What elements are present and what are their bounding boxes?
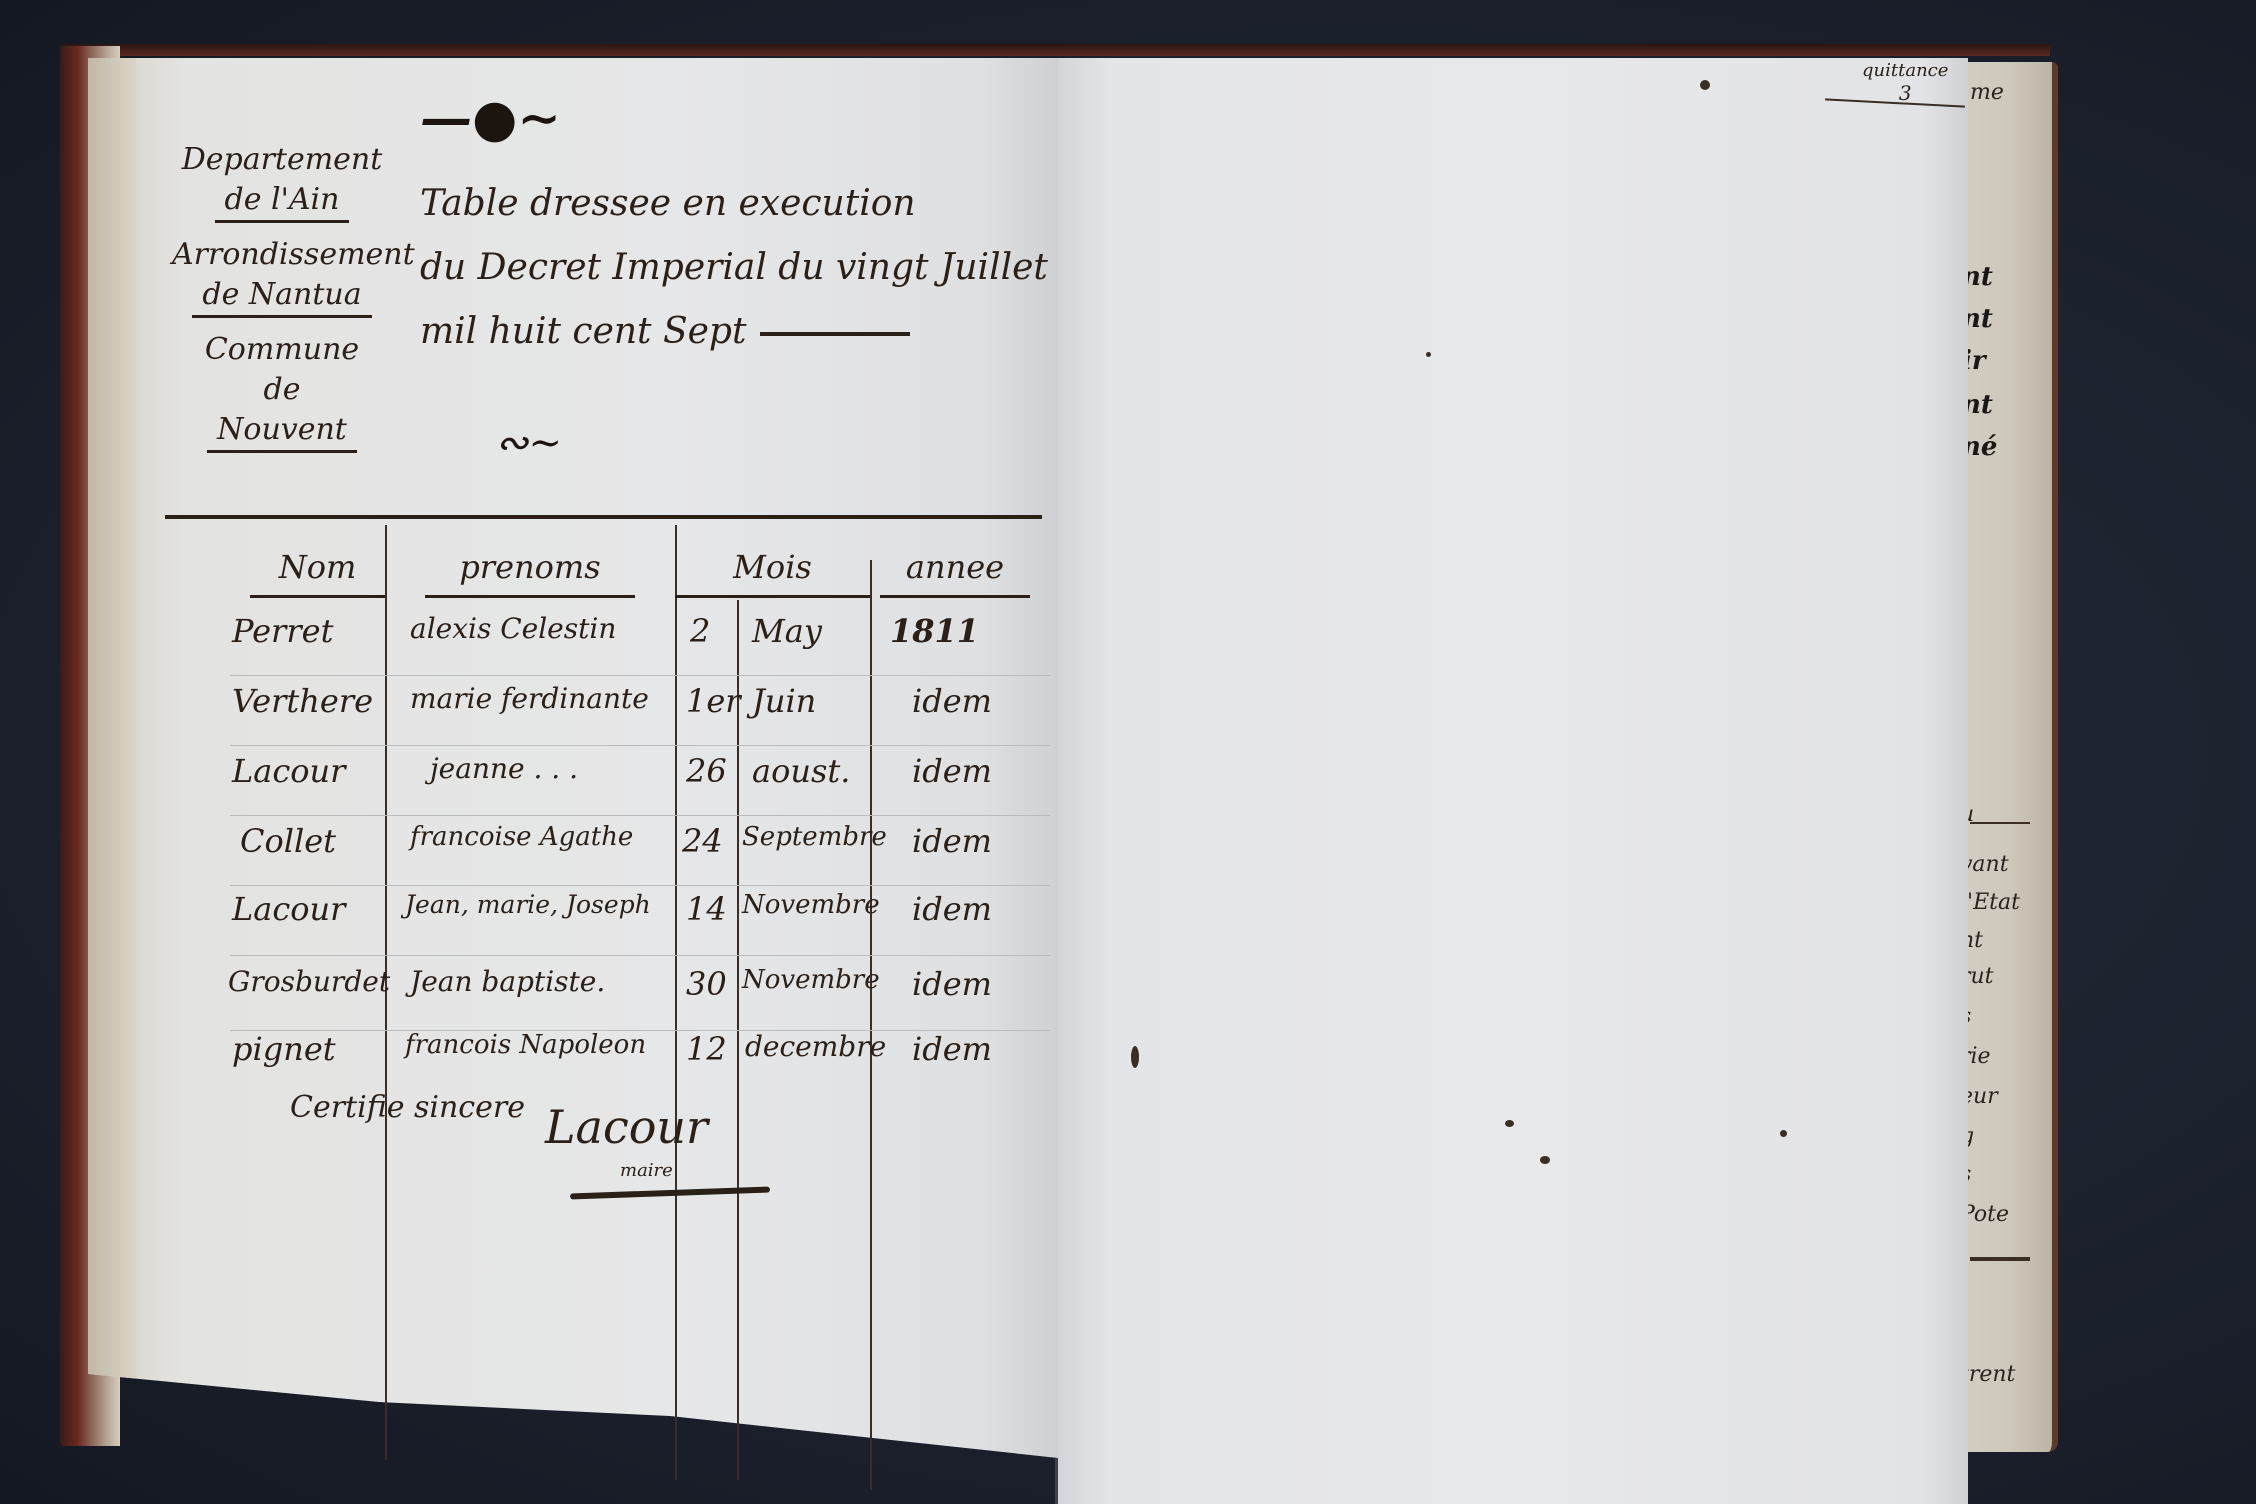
ink-speck xyxy=(1505,1120,1514,1127)
page-annotation: quittance 3 xyxy=(1862,60,1948,105)
departement-name: de l'Ain xyxy=(215,180,350,223)
cell-nom: Grosburdet xyxy=(228,965,390,998)
ink-speck xyxy=(1780,1130,1787,1137)
cell-mois: Novembre xyxy=(742,890,880,920)
commune-name: Nouvent xyxy=(207,410,357,453)
ink-speck xyxy=(1540,1156,1550,1164)
title-line-3: mil huit cent Sept xyxy=(420,311,746,352)
table-row: Lacour jeanne . . . 26 aoust. idem xyxy=(0,752,2256,822)
cell-nom: pignet xyxy=(232,1030,336,1068)
jurisdiction-header: Departement de l'Ain Arrondissement de N… xyxy=(172,140,392,453)
signature-role: maire xyxy=(620,1160,673,1181)
departement-label: Departement xyxy=(172,140,392,180)
under-page-snippet: me xyxy=(1970,80,2004,105)
column-header-mois: Mois xyxy=(675,548,870,586)
cell-mois: Juin xyxy=(752,682,816,720)
cell-prenoms: francoise Agathe xyxy=(410,822,633,852)
document-title: Table dressee en execution du Decret Imp… xyxy=(420,172,1060,364)
column-header-nom: Nom xyxy=(250,548,385,586)
table-row: Collet francoise Agathe 24 Septembre ide… xyxy=(0,822,2256,892)
cell-annee: idem xyxy=(912,890,992,928)
cell-annee: idem xyxy=(912,1030,992,1068)
cell-prenoms: Jean, marie, Joseph xyxy=(405,890,651,919)
cell-mois: aoust. xyxy=(752,752,850,790)
column-header-annee: annee xyxy=(880,548,1030,586)
cell-annee: idem xyxy=(912,682,992,720)
cell-nom: Lacour xyxy=(232,890,345,928)
cell-jour: 26 xyxy=(686,752,727,790)
page-annotation-text: quittance xyxy=(1862,60,1948,81)
cell-annee: idem xyxy=(912,822,992,860)
cell-mois: Septembre xyxy=(742,822,887,852)
ink-speck xyxy=(1426,352,1431,357)
cell-annee: idem xyxy=(912,965,992,1003)
cell-prenoms: francois Napoleon xyxy=(405,1030,646,1060)
under-page-snippet: trent xyxy=(1960,1362,2015,1387)
ink-speck xyxy=(1700,80,1710,90)
cell-prenoms: marie ferdinante xyxy=(410,682,649,715)
arrondissement-label: Arrondissement xyxy=(172,235,392,275)
cell-annee: idem xyxy=(912,752,992,790)
cell-mois: decembre xyxy=(745,1030,886,1063)
cell-jour: 14 xyxy=(686,890,727,928)
table-row: Verthere marie ferdinante 1er Juin idem xyxy=(0,682,2256,752)
table-row: Lacour Jean, marie, Joseph 14 Novembre i… xyxy=(0,890,2256,960)
cell-prenoms: alexis Celestin xyxy=(410,612,616,645)
cell-nom: Verthere xyxy=(232,682,373,720)
arrondissement-name: de Nantua xyxy=(192,275,371,318)
cell-jour: 30 xyxy=(686,965,727,1003)
cell-annee: 1811 xyxy=(890,612,979,650)
certification-text: Certifie sincere xyxy=(290,1090,525,1125)
header-divider xyxy=(165,515,1042,519)
decorative-flourish: ∾∼ xyxy=(495,420,562,466)
decorative-flourish: —●∼ xyxy=(420,88,561,149)
cell-jour: 1er xyxy=(686,682,741,720)
table-row: Grosburdet Jean baptiste. 30 Novembre id… xyxy=(0,965,2256,1035)
signature: Lacour xyxy=(545,1100,708,1154)
book-cover-top-edge xyxy=(60,44,2050,56)
table-row: Perret alexis Celestin 2 May 1811 xyxy=(0,612,2256,682)
cell-prenoms: jeanne . . . xyxy=(430,752,578,785)
cell-jour: 2 xyxy=(690,612,710,650)
title-line-1: Table dressee en execution xyxy=(420,172,1060,236)
column-header-prenoms: prenoms xyxy=(425,548,635,586)
cell-nom: Collet xyxy=(240,822,336,860)
cell-jour: 24 xyxy=(682,822,723,860)
commune-de: de xyxy=(172,370,392,410)
cell-mois: Novembre xyxy=(742,965,880,995)
cell-mois: May xyxy=(752,612,822,650)
cell-nom: Perret xyxy=(232,612,333,650)
cell-prenoms: Jean baptiste. xyxy=(410,965,605,998)
title-line-2: du Decret Imperial du vingt Juillet xyxy=(420,236,1060,300)
commune-label: Commune xyxy=(172,330,392,370)
cell-jour: 12 xyxy=(686,1030,727,1068)
cell-nom: Lacour xyxy=(232,752,345,790)
